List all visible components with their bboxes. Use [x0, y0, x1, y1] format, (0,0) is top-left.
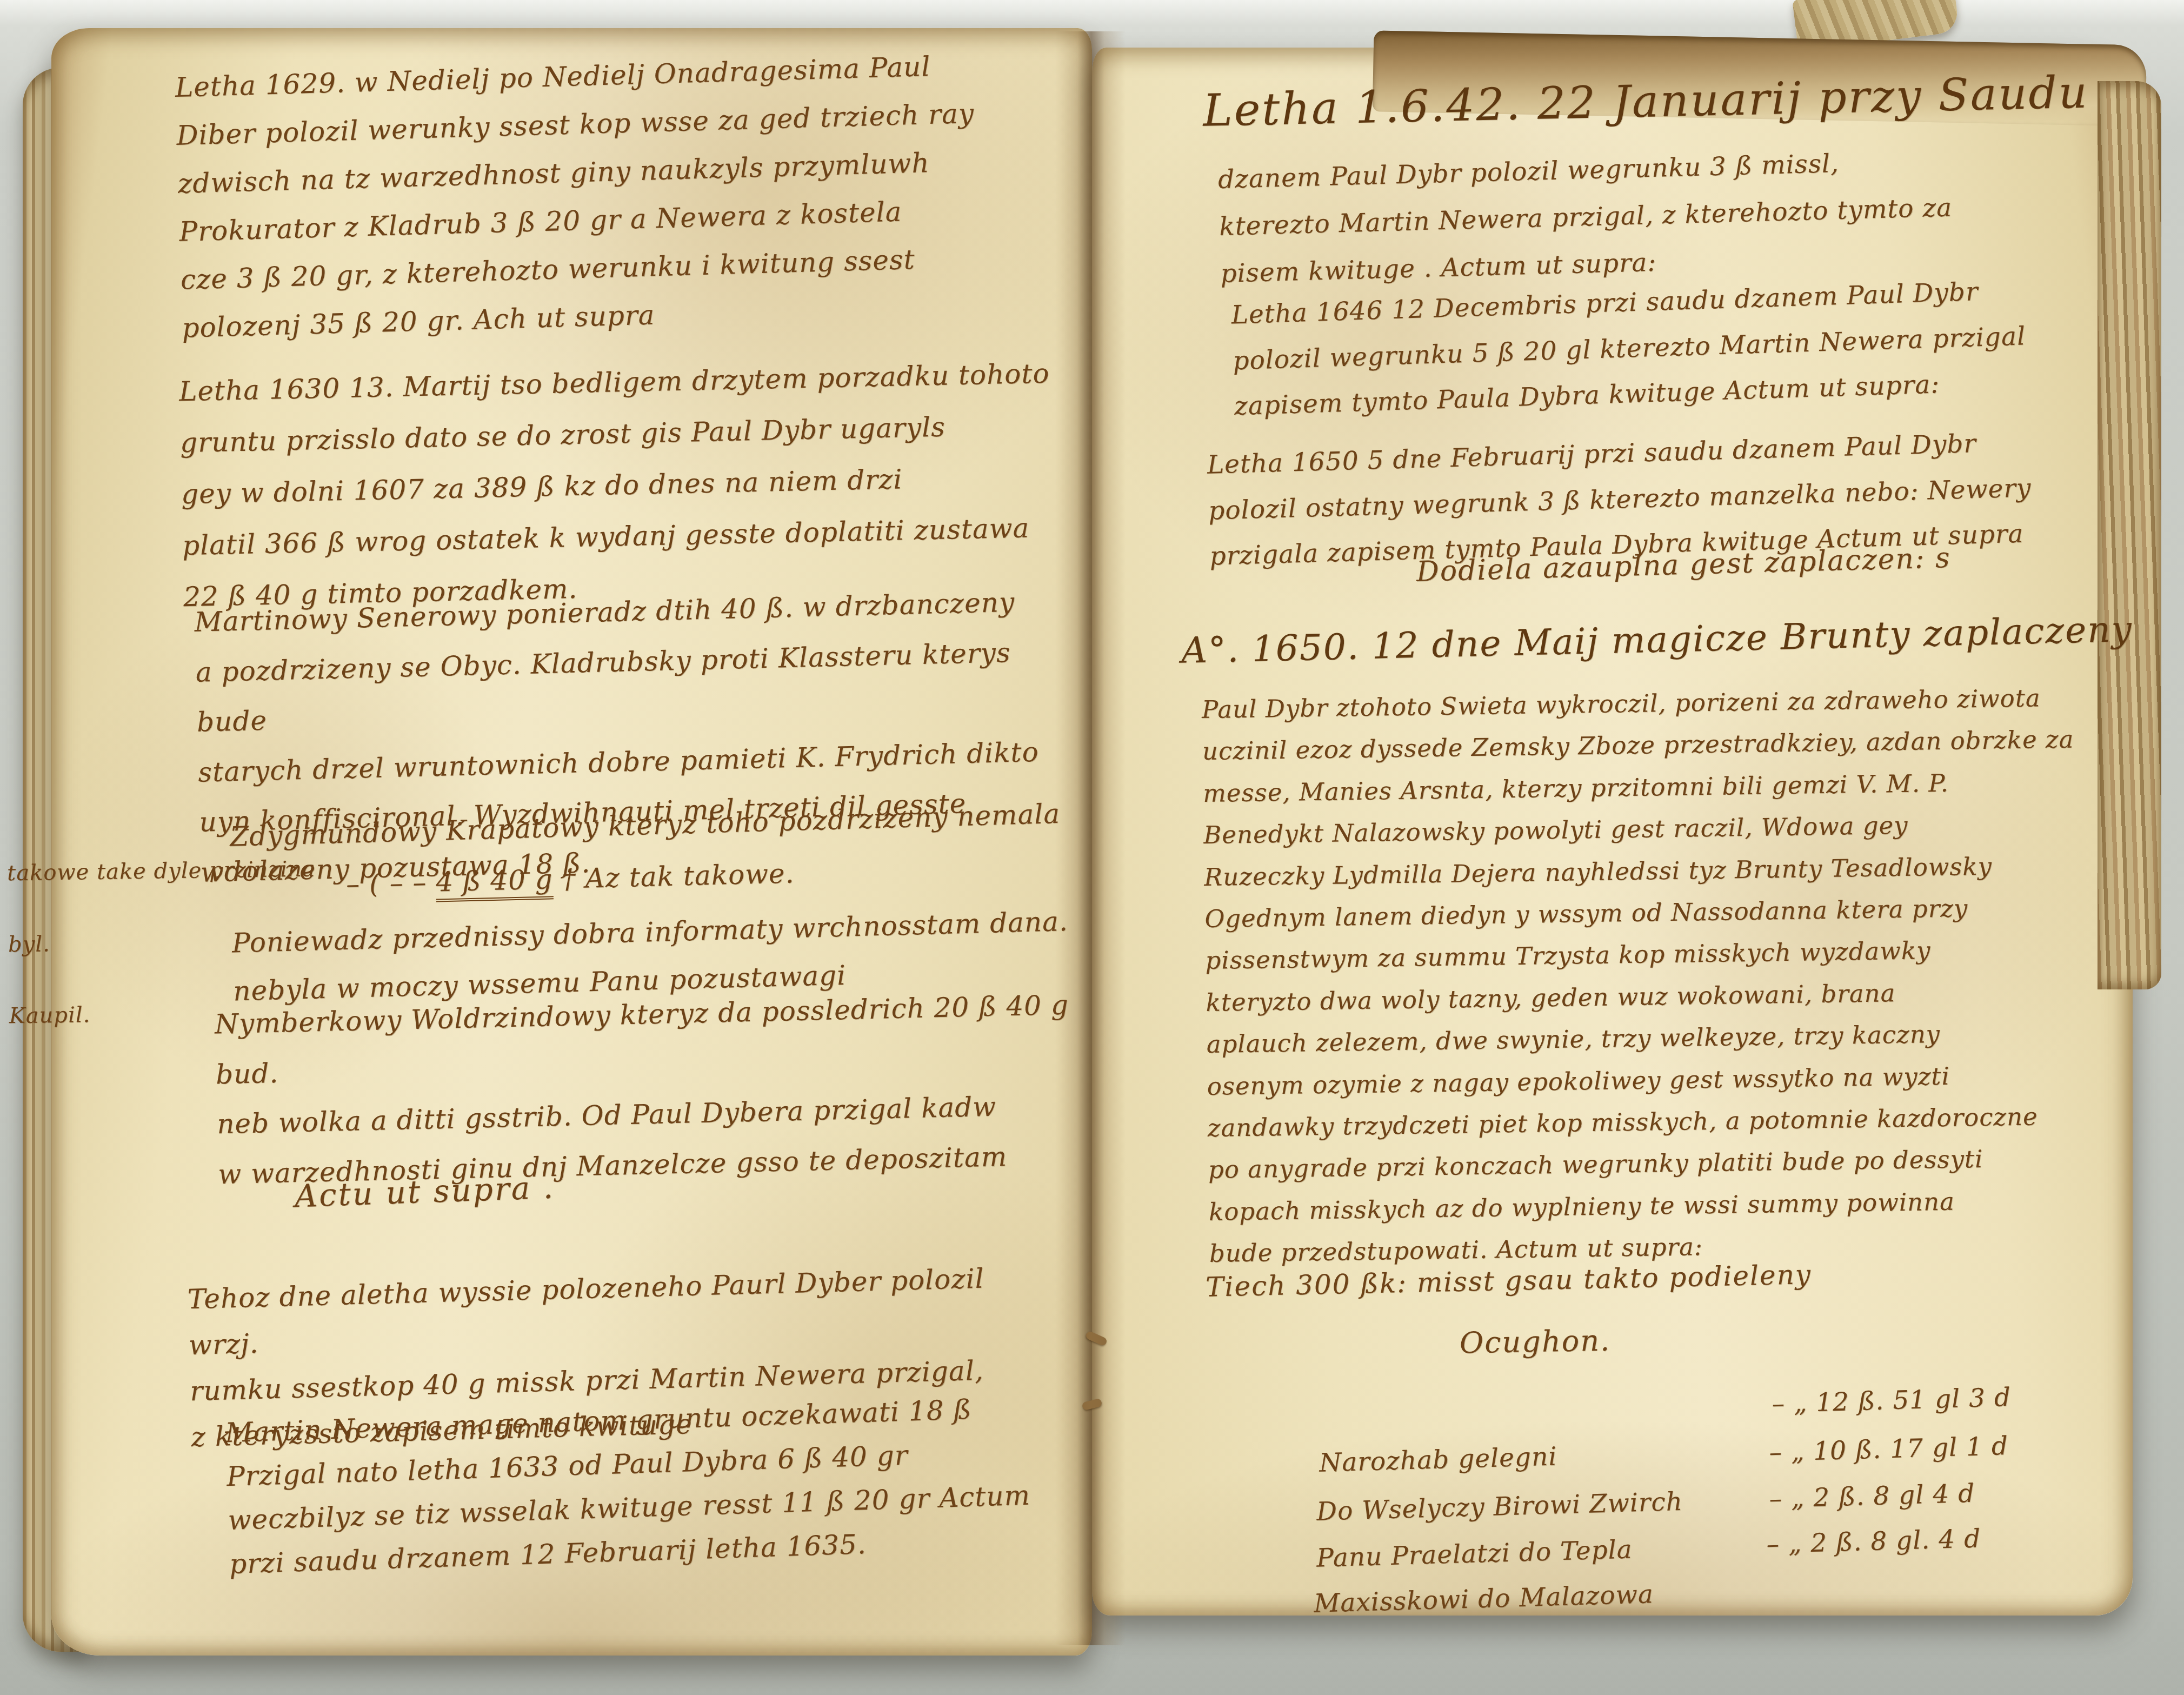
allocation-label: Maxisskowi do Malazowa — [1313, 1571, 1654, 1627]
entry-1633: Martin Newera mage natom gruntu oczekawa… — [224, 1384, 1094, 1586]
allocation-amount: – „ 10 ß. 17 gl 1 d — [1768, 1423, 2009, 1476]
allocation-amount: – „ 2 ß. 8 gl 4 d — [1768, 1471, 1975, 1523]
crossed-amount: 4 ß 40 g — [436, 863, 554, 902]
entry-1650-may-body: Paul Dybr ztohoto Swieta wykroczil, pori… — [1202, 676, 2140, 1274]
manuscript-book: Letha 1629. w Nedielj po Nedielj Onadrag… — [0, 0, 2184, 1695]
amount-note: † Az tak takowe. — [552, 858, 795, 895]
entry-1646: Letha 1646 12 Decembris przi saudu dzane… — [1230, 264, 2142, 430]
amount-dashes: – ( – – — [345, 867, 436, 900]
allocation-amount: – „ 12 ß. 51 gl 3 d — [1771, 1374, 2012, 1427]
section-word: Ocughon. — [1459, 1324, 1610, 1360]
entry-nymberk: Nymberkowy Woldrzindowy kteryz da possle… — [214, 980, 1094, 1200]
allocation-amount: – „ 2 ß. 8 gl. 4 d — [1766, 1515, 1981, 1568]
allocation-row: Maxisskowi do Malazowa – „ 2 ß. 8 gl. 4 … — [1312, 1511, 2159, 1673]
entry-1629: Letha 1629. w Nedielj po Nedielj Onadrag… — [175, 39, 1069, 353]
photo-background: Letha 1629. w Nedielj po Nedielj Onadrag… — [0, 0, 2184, 1695]
